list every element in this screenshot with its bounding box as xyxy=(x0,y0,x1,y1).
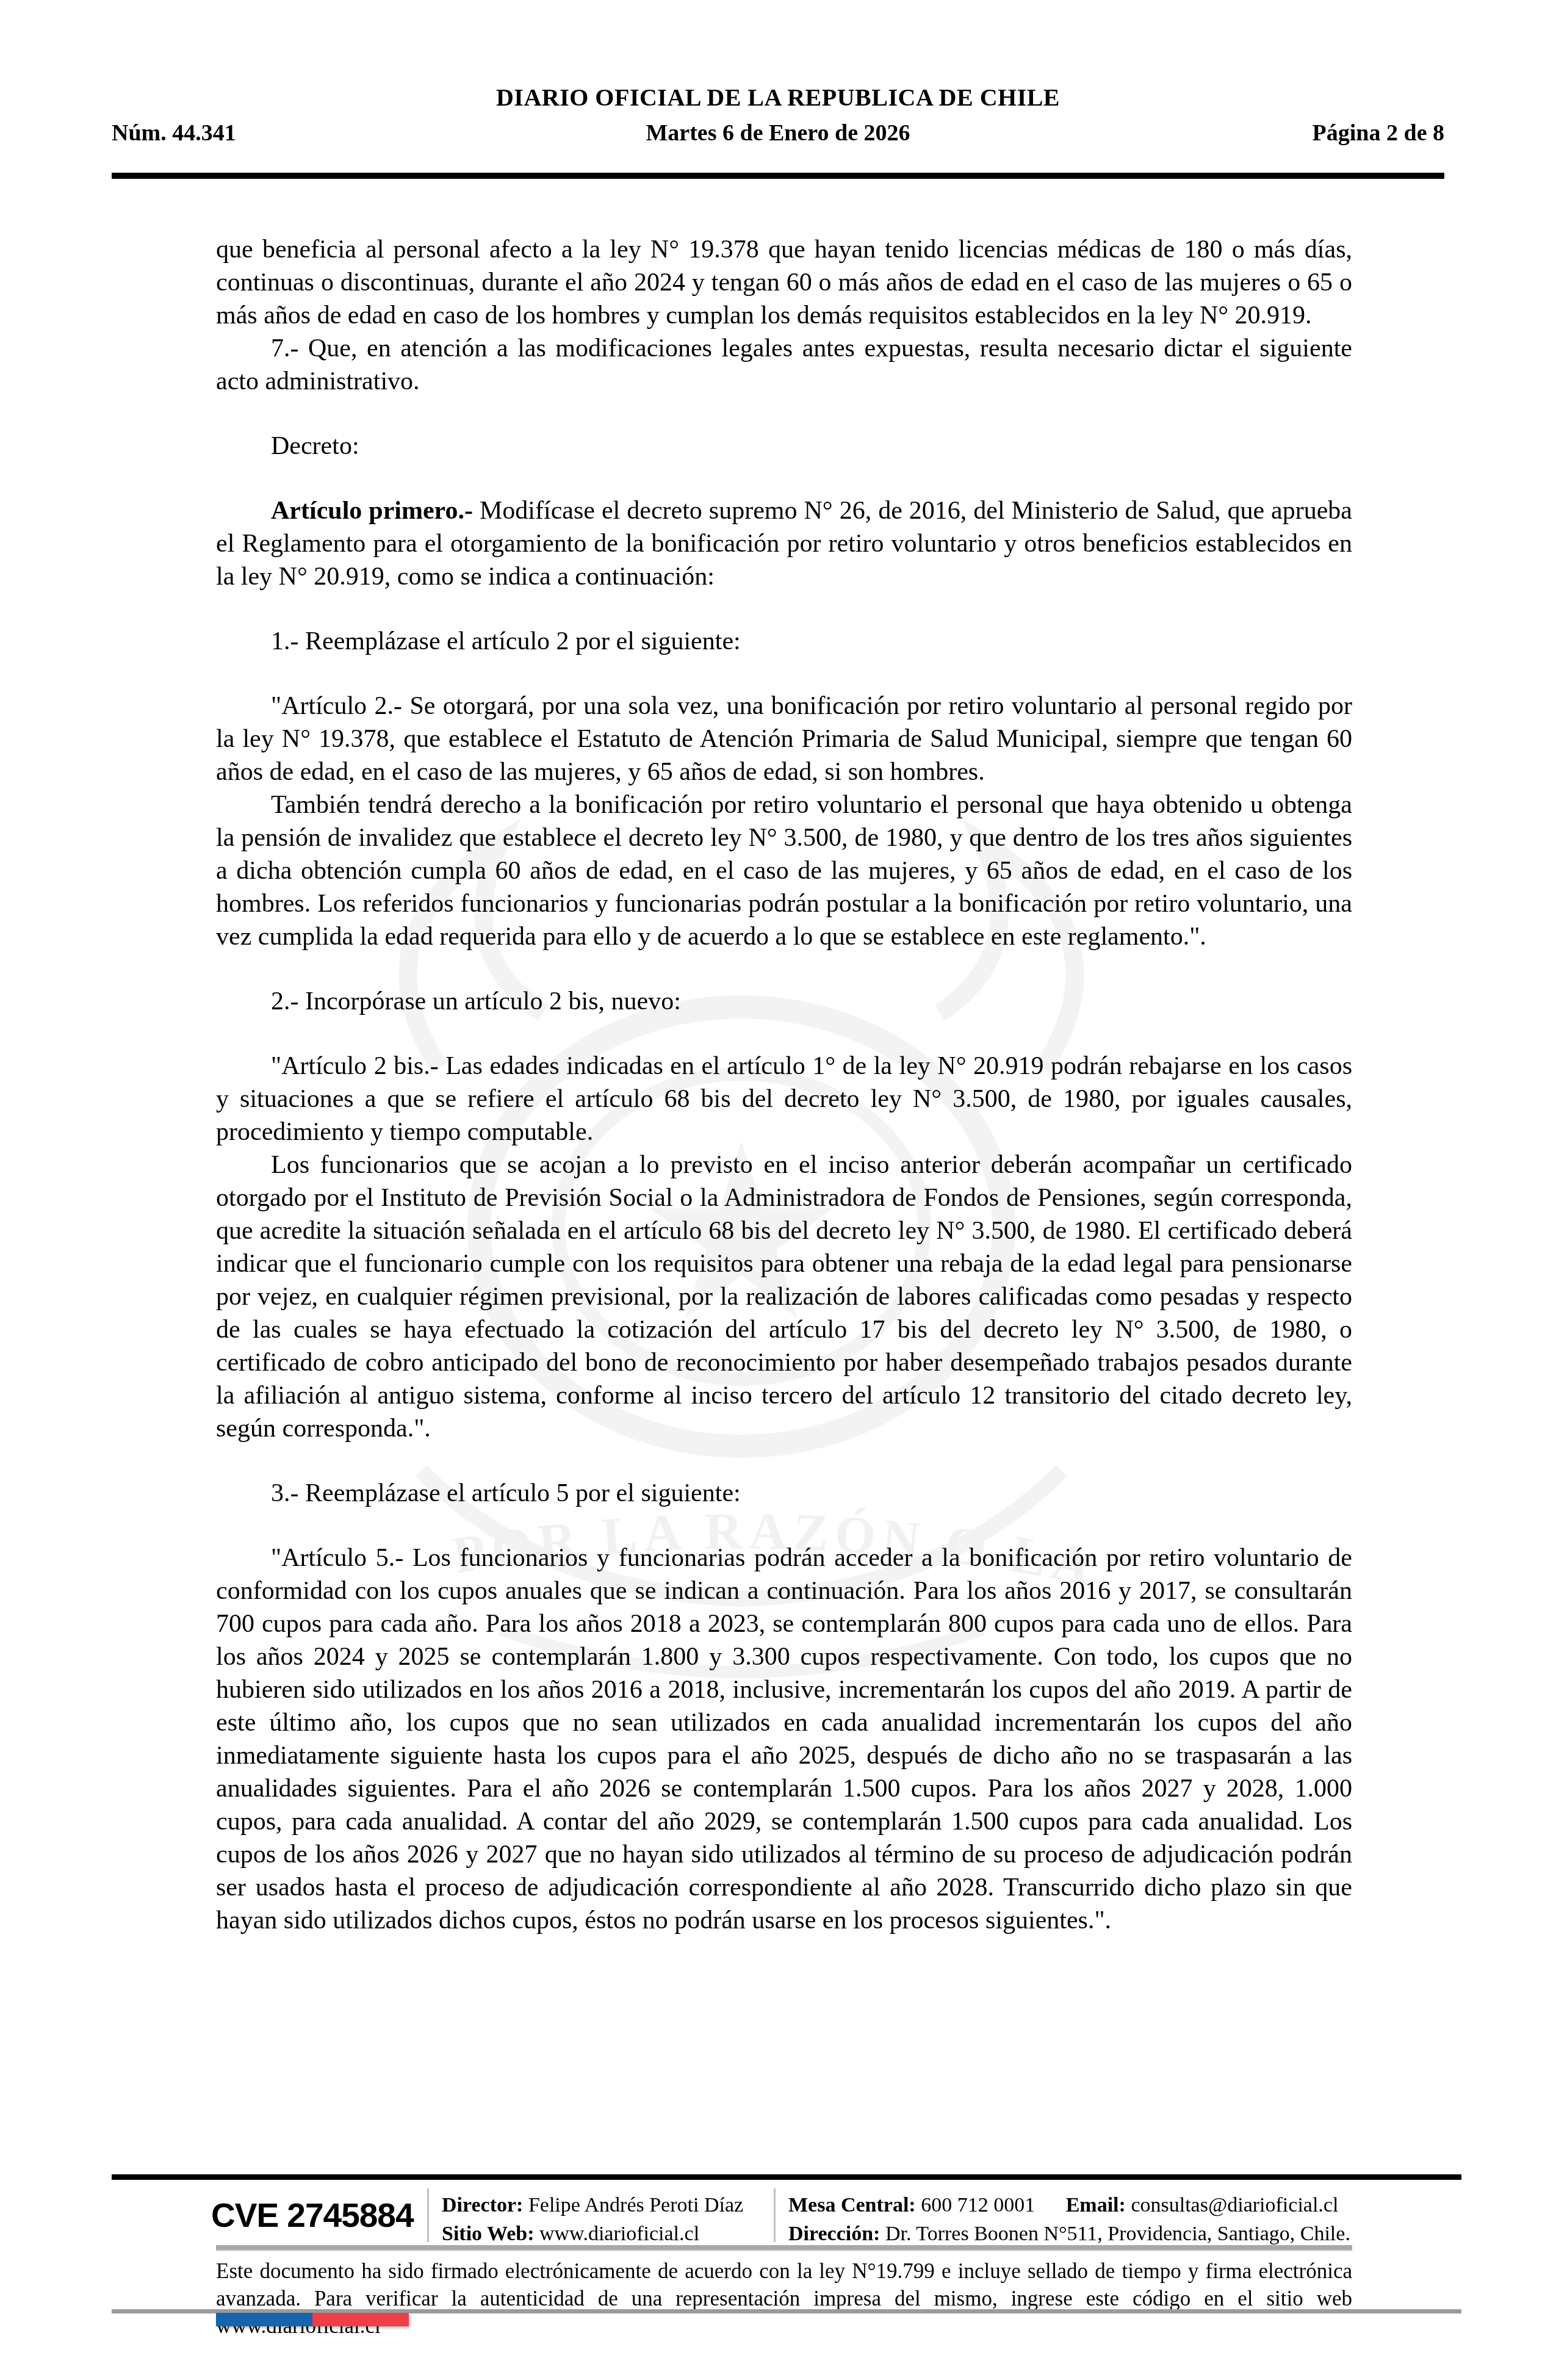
address-label: Dirección: xyxy=(788,2223,880,2245)
footer-contact-column: Mesa Central: 600 712 0001 Email: consul… xyxy=(788,2191,1350,2248)
cve-code: CVE 2745884 xyxy=(211,2196,414,2235)
phone-email-line: Mesa Central: 600 712 0001 Email: consul… xyxy=(788,2191,1350,2220)
website-link[interactable]: www.diarioficial.cl xyxy=(539,2223,699,2245)
page-indicator: Página 2 de 8 xyxy=(1313,120,1444,146)
paragraph: "Artículo 2.- Se otorgará, por una sola … xyxy=(216,690,1352,788)
document-body: que beneficia al personal afecto a la le… xyxy=(216,233,1352,1937)
email-label: Email: xyxy=(1066,2194,1126,2216)
address-line: Dirección: Dr. Torres Boonen N°511, Prov… xyxy=(788,2220,1350,2248)
flag-blue-field xyxy=(216,2313,312,2326)
paragraph: que beneficia al personal afecto a la le… xyxy=(216,233,1352,332)
paragraph: 2.- Incorpórase un artículo 2 bis, nuevo… xyxy=(216,985,1352,1018)
address-value: Dr. Torres Boonen N°511, Providencia, Sa… xyxy=(885,2223,1350,2245)
director-name: Felipe Andrés Peroti Díaz xyxy=(528,2194,743,2216)
footer-top-rule xyxy=(112,2174,1461,2180)
director-label: Director: xyxy=(442,2194,523,2216)
website-label: Sitio Web: xyxy=(442,2223,534,2245)
paragraph: "Artículo 2 bis.- Las edades indicadas e… xyxy=(216,1050,1352,1149)
email-address[interactable]: consultas@diarioficial.cl xyxy=(1131,2194,1338,2216)
phone-number: 600 712 0001 xyxy=(921,2194,1035,2216)
paragraph: 1.- Reemplázase el artículo 2 por el sig… xyxy=(216,625,1352,658)
footer-director-column: Director: Felipe Andrés Peroti Díaz Siti… xyxy=(442,2191,743,2248)
document-page: DIARIO OFICIAL DE LA REPUBLICA DE CHILE … xyxy=(0,0,1556,2380)
legal-note: Este documento ha sido firmado electróni… xyxy=(216,2257,1352,2340)
paragraph: 3.- Reemplázase el artículo 5 por el sig… xyxy=(216,1477,1352,1510)
director-line: Director: Felipe Andrés Peroti Díaz xyxy=(442,2191,743,2220)
newspaper-title: DIARIO OFICIAL DE LA REPUBLICA DE CHILE xyxy=(0,83,1556,112)
paragraph: "Artículo 5.- Los funcionarios y funcion… xyxy=(216,1542,1352,1937)
footer-separator xyxy=(427,2188,429,2242)
paragraph: Decreto: xyxy=(216,430,1352,463)
footer-divider xyxy=(216,2245,1352,2251)
paragraph: Los funcionarios que se acojan a lo prev… xyxy=(216,1149,1352,1445)
issue-row: Núm. 44.341 Martes 6 de Enero de 2026 Pá… xyxy=(0,120,1556,150)
chile-flag-mark xyxy=(216,2313,409,2326)
header-rule xyxy=(112,173,1444,179)
website-line: Sitio Web: www.diarioficial.cl xyxy=(442,2220,743,2248)
legal-note-line1: Este documento ha sido firmado electróni… xyxy=(216,2257,1352,2285)
phone-label: Mesa Central: xyxy=(788,2194,916,2216)
footer-separator xyxy=(774,2188,776,2242)
paragraph: Artículo primero.- Modifícase el decreto… xyxy=(216,494,1352,593)
flag-red-field xyxy=(312,2313,409,2326)
paragraph-bold-lead: Artículo primero.- xyxy=(271,497,473,525)
paragraph: También tendrá derecho a la bonificación… xyxy=(216,788,1352,953)
paragraph: 7.- Que, en atención a las modificacione… xyxy=(216,332,1352,398)
